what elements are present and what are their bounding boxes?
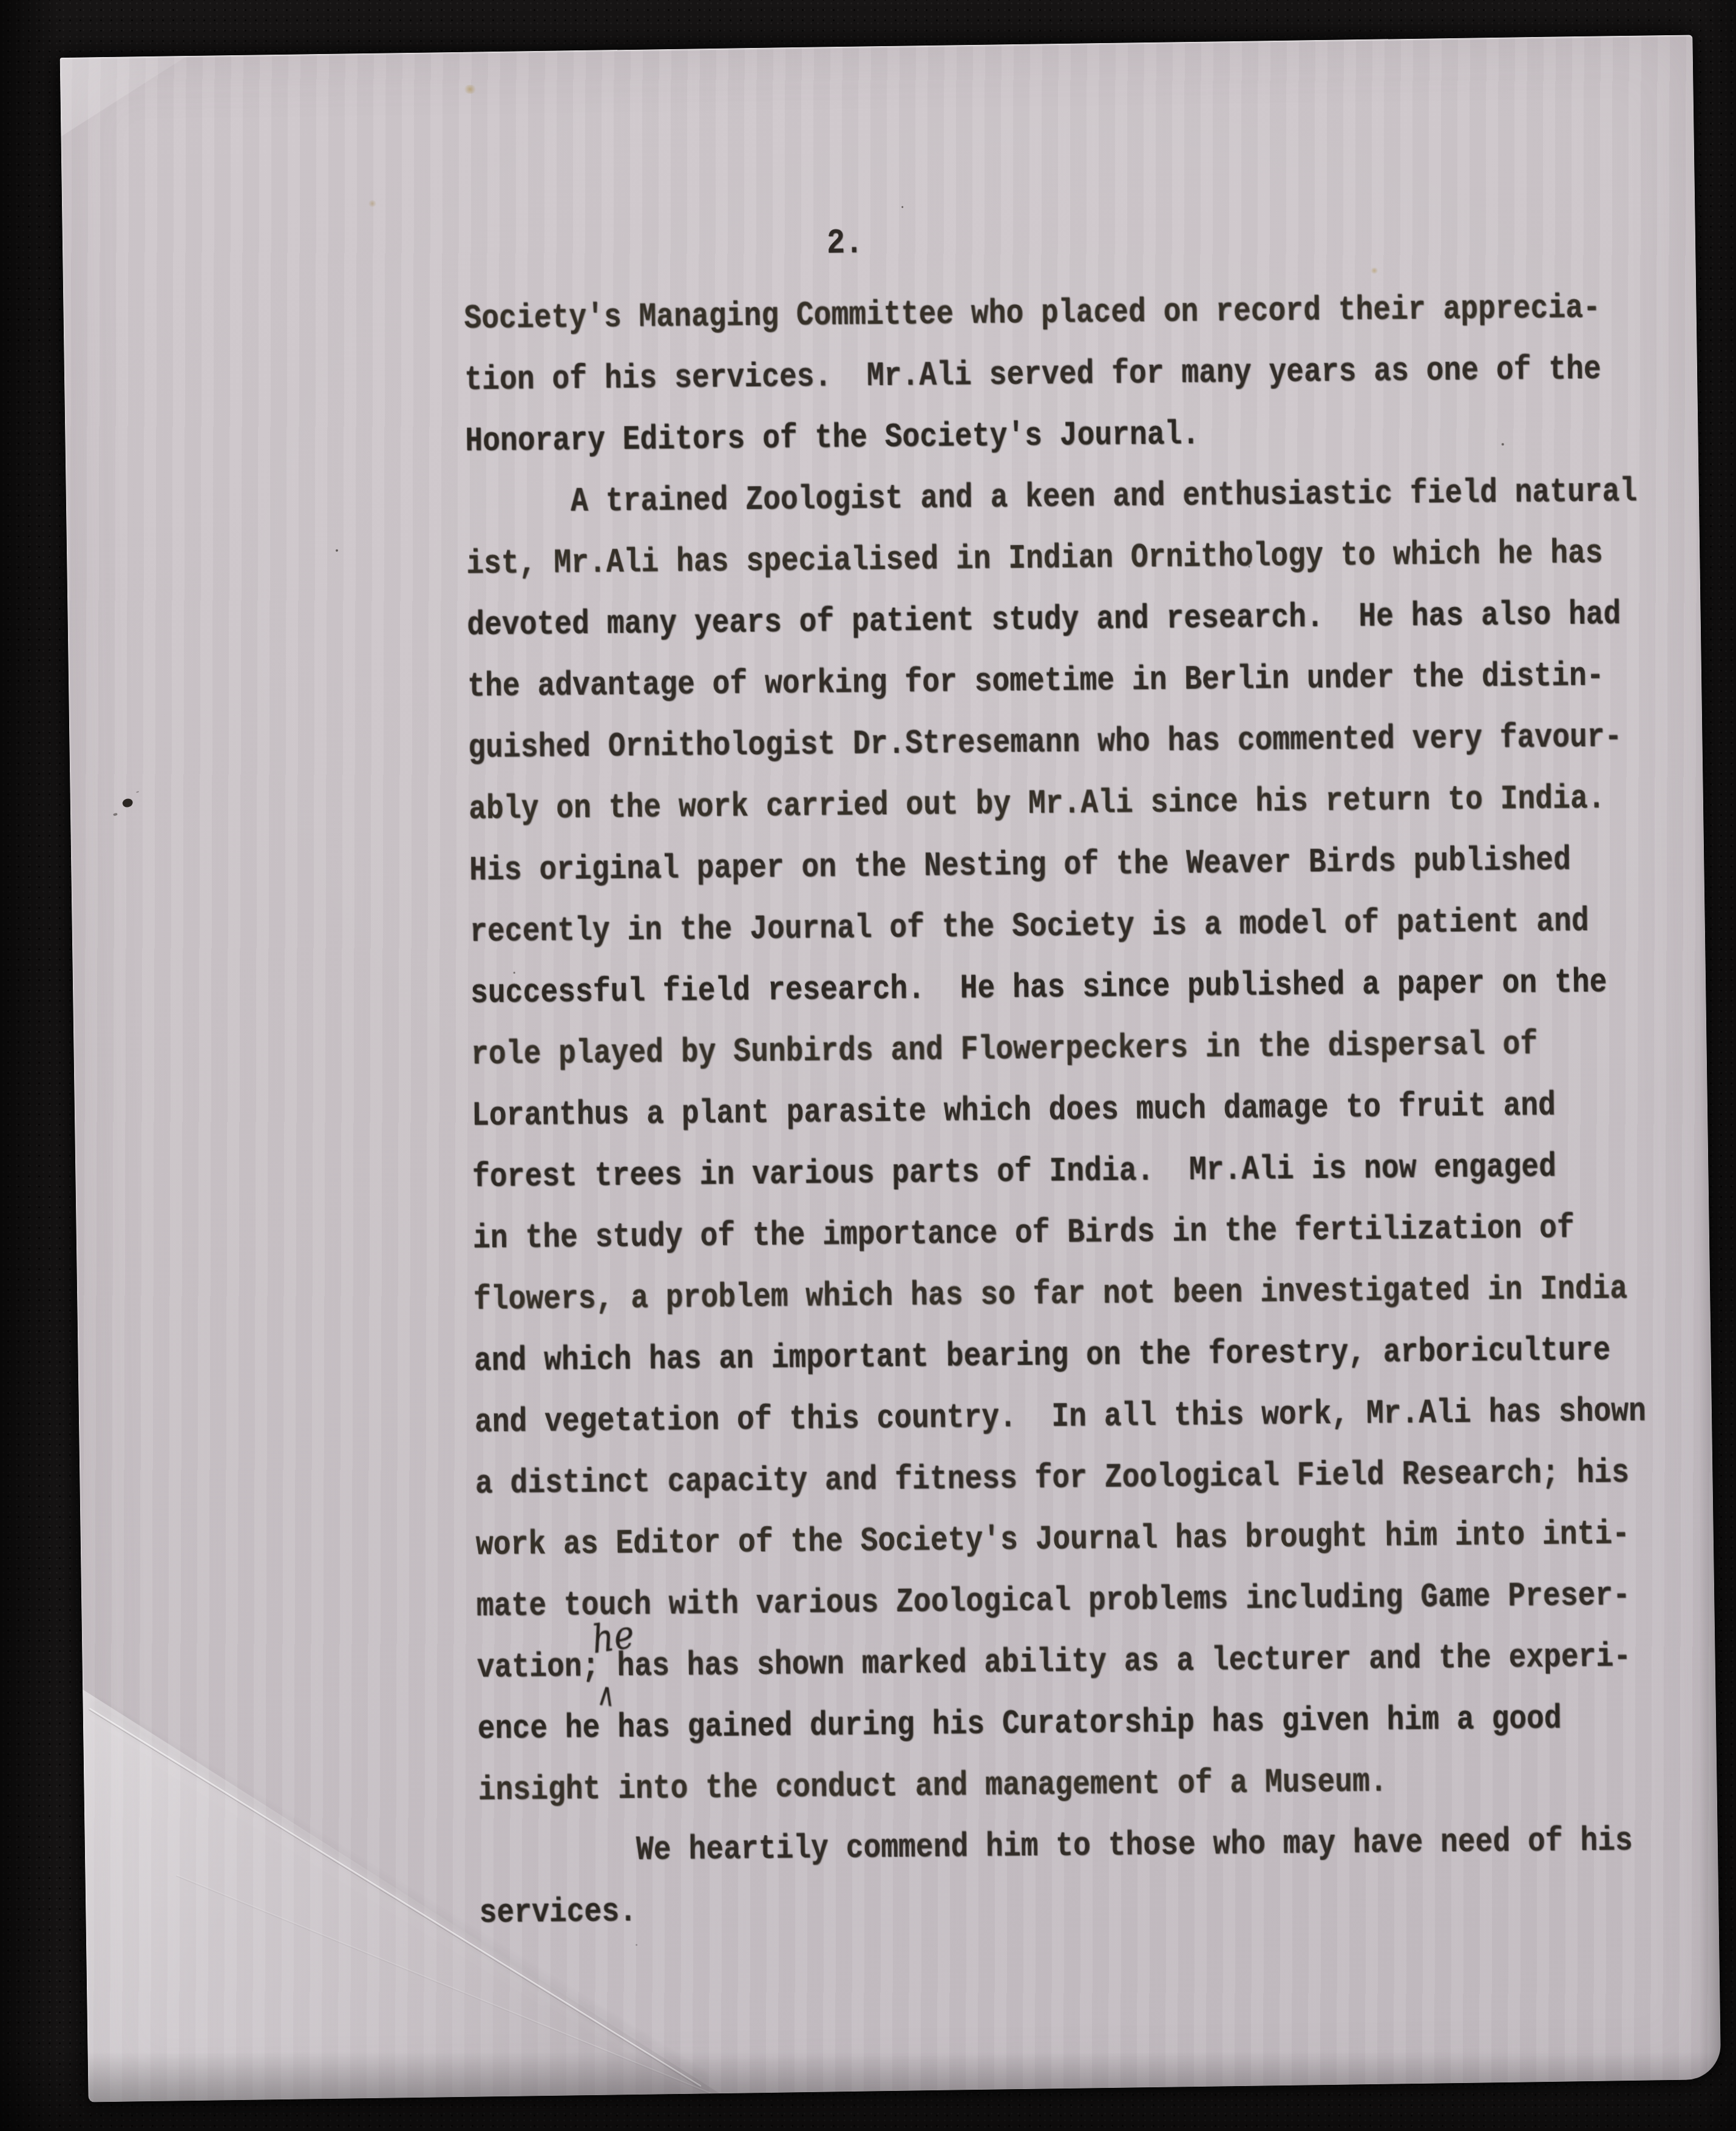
stain [463, 84, 476, 93]
typed-text: Society's Managing Committee who placed … [464, 277, 1700, 1944]
document-page: 2. Society's Managing Committee who plac… [60, 35, 1721, 2102]
ink-speck [336, 549, 338, 552]
ink-speck [1248, 566, 1250, 568]
dog-ear-corner [60, 56, 189, 137]
ink-speck [514, 972, 515, 974]
ink-blot [121, 798, 134, 808]
ink-speck [1502, 443, 1504, 446]
handwritten-word: he [590, 1616, 636, 1660]
page-number: 2. [827, 223, 864, 263]
ink-speck [1111, 1346, 1113, 1348]
stain [1371, 268, 1378, 274]
ink-speck [636, 1944, 637, 1946]
handwritten-insertion-point: he∧ [600, 1674, 617, 1675]
typed-line: services. [479, 1867, 1700, 1948]
stain [368, 200, 377, 207]
scan-background: 2. Society's Managing Committee who plac… [0, 0, 1736, 2131]
ink-speck [901, 206, 903, 208]
